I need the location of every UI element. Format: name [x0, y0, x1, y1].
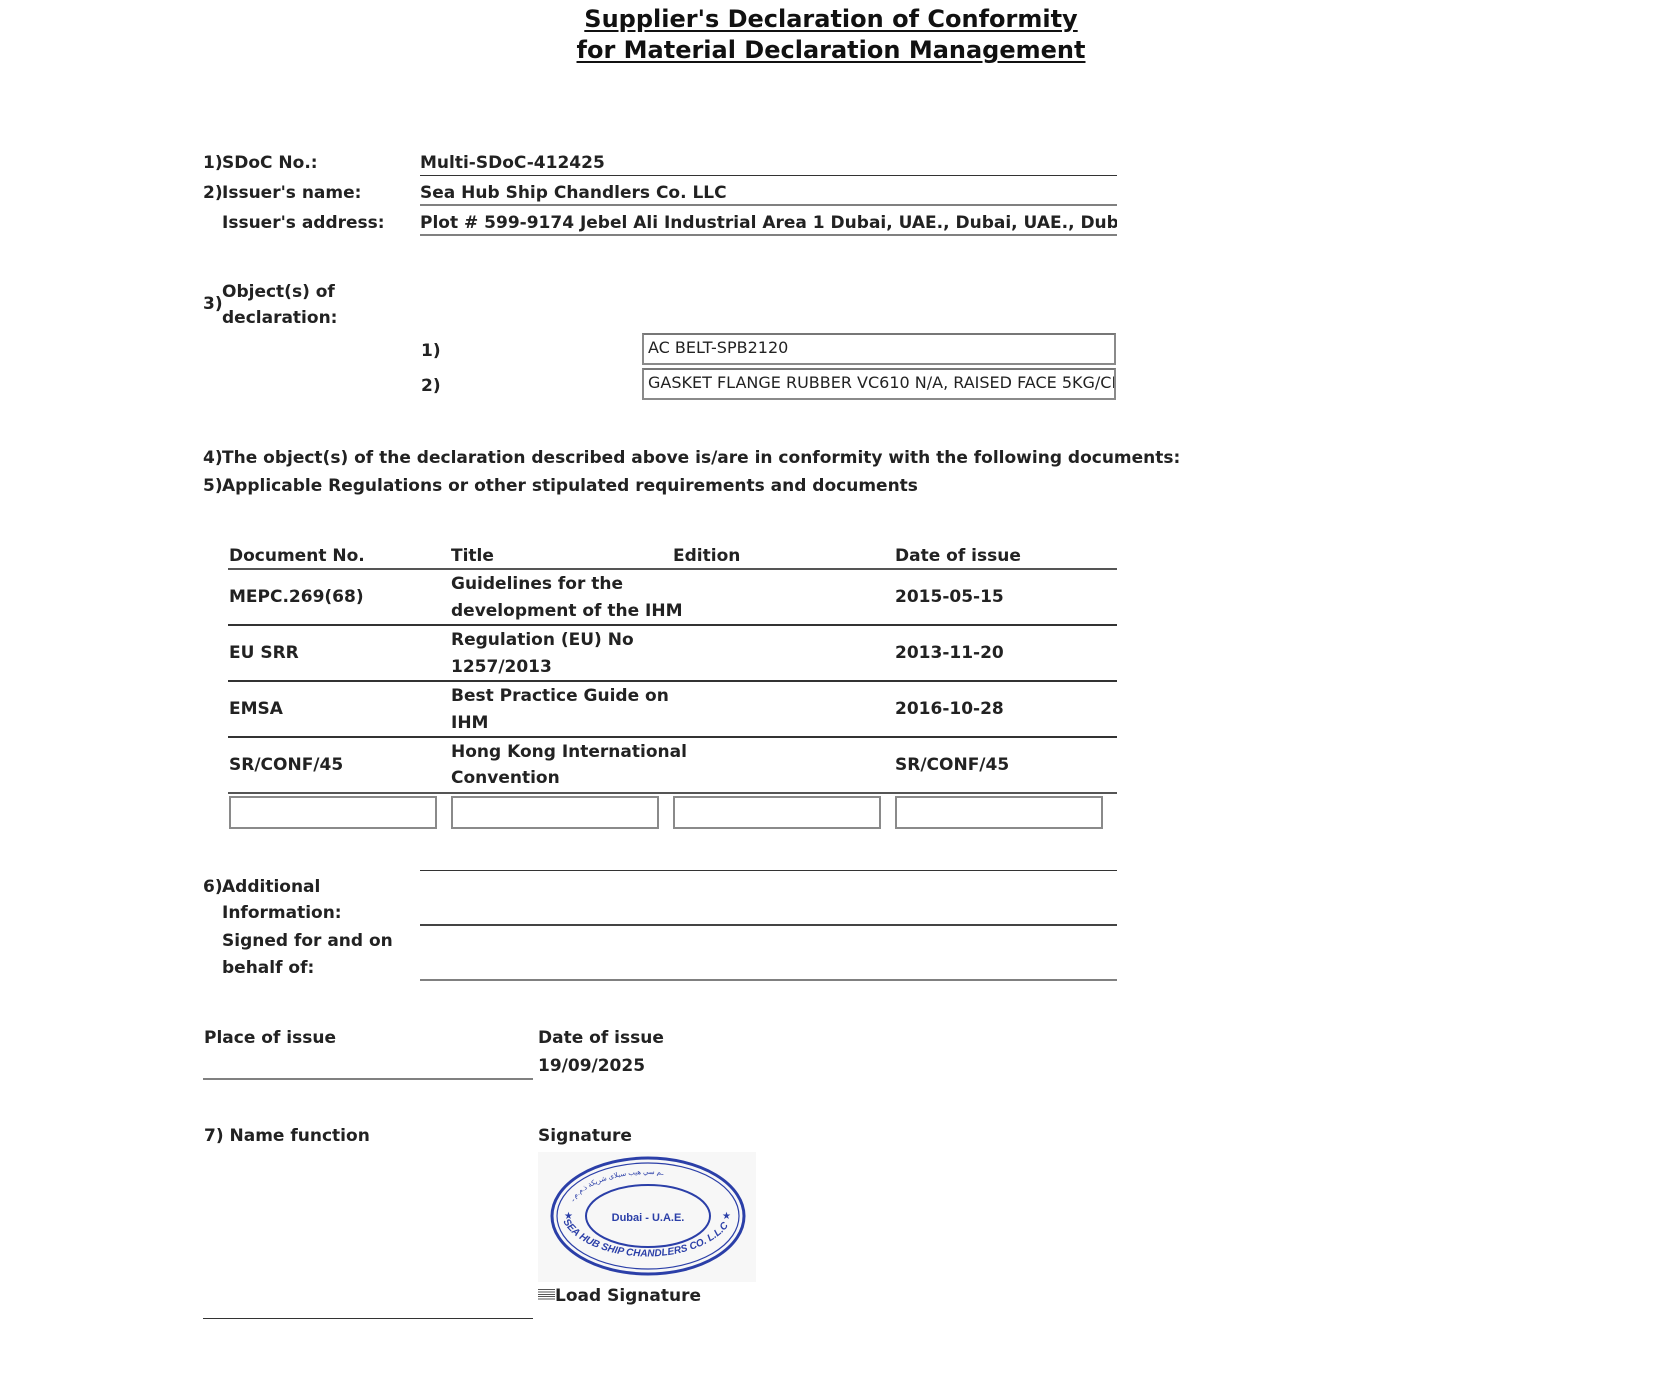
- row-3-date: 2016-10-28: [895, 696, 1004, 723]
- issuer-name-value[interactable]: Sea Hub Ship Chandlers Co. LLC: [420, 183, 1117, 206]
- header-date-of-issue: Date of issue: [895, 546, 1021, 566]
- header-title: Title: [451, 546, 494, 566]
- load-signature-button[interactable]: Load Signature: [538, 1286, 701, 1306]
- row-1-date: 2015-05-15: [895, 584, 1004, 611]
- svg-text:★: ★: [564, 1211, 573, 1222]
- object-2-input[interactable]: GASKET FLANGE RUBBER VC610 N/A, RAISED F…: [642, 368, 1116, 400]
- issuer-name-label: Issuer's name:: [222, 183, 361, 203]
- row-4-title-line-1: Hong Kong International: [451, 739, 687, 766]
- header-document-no: Document No.: [229, 546, 365, 566]
- document-title: Supplier's Declaration of Conformity for…: [0, 4, 1655, 66]
- object-1-input[interactable]: AC BELT-SPB2120: [642, 333, 1116, 365]
- statement-4-text: The object(s) of the declaration describ…: [222, 448, 1180, 468]
- load-signature-label: Load Signature: [555, 1286, 701, 1306]
- svg-text:Dubai - U.A.E.: Dubai - U.A.E.: [612, 1212, 685, 1224]
- objects-index: 3): [203, 294, 223, 314]
- sdoc-number-label: SDoC No.:: [222, 153, 318, 173]
- new-document-no-input[interactable]: [229, 796, 437, 829]
- title-line-1: Supplier's Declaration of Conformity: [584, 5, 1077, 33]
- sdoc-number-value[interactable]: Multi-SDoC-412425: [420, 153, 1117, 176]
- signed-on-behalf-label-line-1: Signed for and on: [222, 931, 393, 951]
- objects-label-line-1: Object(s) of: [222, 282, 335, 302]
- place-of-issue-label: Place of issue: [204, 1028, 336, 1048]
- row-2-title-line-2: 1257/2013: [451, 654, 552, 681]
- additional-index: 6): [203, 877, 223, 897]
- date-of-issue-value[interactable]: 19/09/2025: [538, 1056, 645, 1076]
- statement-4-index: 4): [203, 448, 223, 468]
- company-stamp-image: Dubai - U.A.E. ـم سي هيب سبلاى شريكة ذ.م…: [538, 1152, 756, 1282]
- row-4-title-line-2: Convention: [451, 765, 560, 792]
- additional-label-line-1: Additional: [222, 877, 320, 897]
- object-1-index: 1): [421, 341, 441, 361]
- date-of-issue-label: Date of issue: [538, 1028, 664, 1048]
- sdoc-number-index: 1): [203, 153, 223, 173]
- row-2-date: 2013-11-20: [895, 640, 1004, 667]
- new-edition-input[interactable]: [673, 796, 881, 829]
- issuer-address-label: Issuer's address:: [222, 213, 385, 233]
- additional-top-line: [420, 870, 1117, 871]
- issuer-address-value[interactable]: Plot # 599-9174 Jebel Ali Industrial Are…: [420, 213, 1117, 236]
- row-2-doc-no: EU SRR: [229, 640, 299, 667]
- object-2-index: 2): [421, 376, 441, 396]
- statement-5-index: 5): [203, 476, 223, 496]
- additional-label-line-2: Information:: [222, 903, 342, 923]
- additional-information-input[interactable]: [420, 872, 1117, 926]
- place-of-issue-input[interactable]: [203, 1052, 533, 1080]
- objects-label-line-2: declaration:: [222, 308, 337, 328]
- signed-on-behalf-label-line-2: behalf of:: [222, 958, 314, 978]
- new-date-input[interactable]: [895, 796, 1103, 829]
- signed-on-behalf-input[interactable]: [420, 926, 1117, 981]
- header-divider: [228, 568, 1117, 570]
- signature-label: Signature: [538, 1126, 632, 1146]
- name-function-label: 7) Name function: [204, 1126, 370, 1146]
- svg-text:★: ★: [722, 1211, 731, 1222]
- row-divider: [228, 624, 1117, 626]
- name-function-input[interactable]: [203, 1150, 533, 1319]
- row-4-date: SR/CONF/45: [895, 752, 1009, 779]
- row-1-doc-no: MEPC.269(68): [229, 584, 364, 611]
- statement-5-text: Applicable Regulations or other stipulat…: [222, 476, 918, 496]
- stamp-icon: Dubai - U.A.E. ـم سي هيب سبلاى شريكة ذ.م…: [538, 1152, 756, 1282]
- row-divider: [228, 736, 1117, 738]
- row-1-title-line-1: Guidelines for the: [451, 571, 623, 598]
- lines-icon: [538, 1289, 555, 1300]
- row-3-doc-no: EMSA: [229, 696, 283, 723]
- row-4-doc-no: SR/CONF/45: [229, 752, 343, 779]
- issuer-name-index: 2): [203, 183, 223, 203]
- row-1-title-line-2: development of the IHM: [451, 598, 683, 625]
- row-3-title-line-1: Best Practice Guide on: [451, 683, 669, 710]
- row-divider: [228, 680, 1117, 682]
- row-divider: [228, 792, 1117, 794]
- title-line-2: for Material Declaration Management: [577, 36, 1086, 64]
- header-edition: Edition: [673, 546, 740, 566]
- row-3-title-line-2: IHM: [451, 710, 488, 737]
- row-2-title-line-1: Regulation (EU) No: [451, 627, 634, 654]
- new-title-input[interactable]: [451, 796, 659, 829]
